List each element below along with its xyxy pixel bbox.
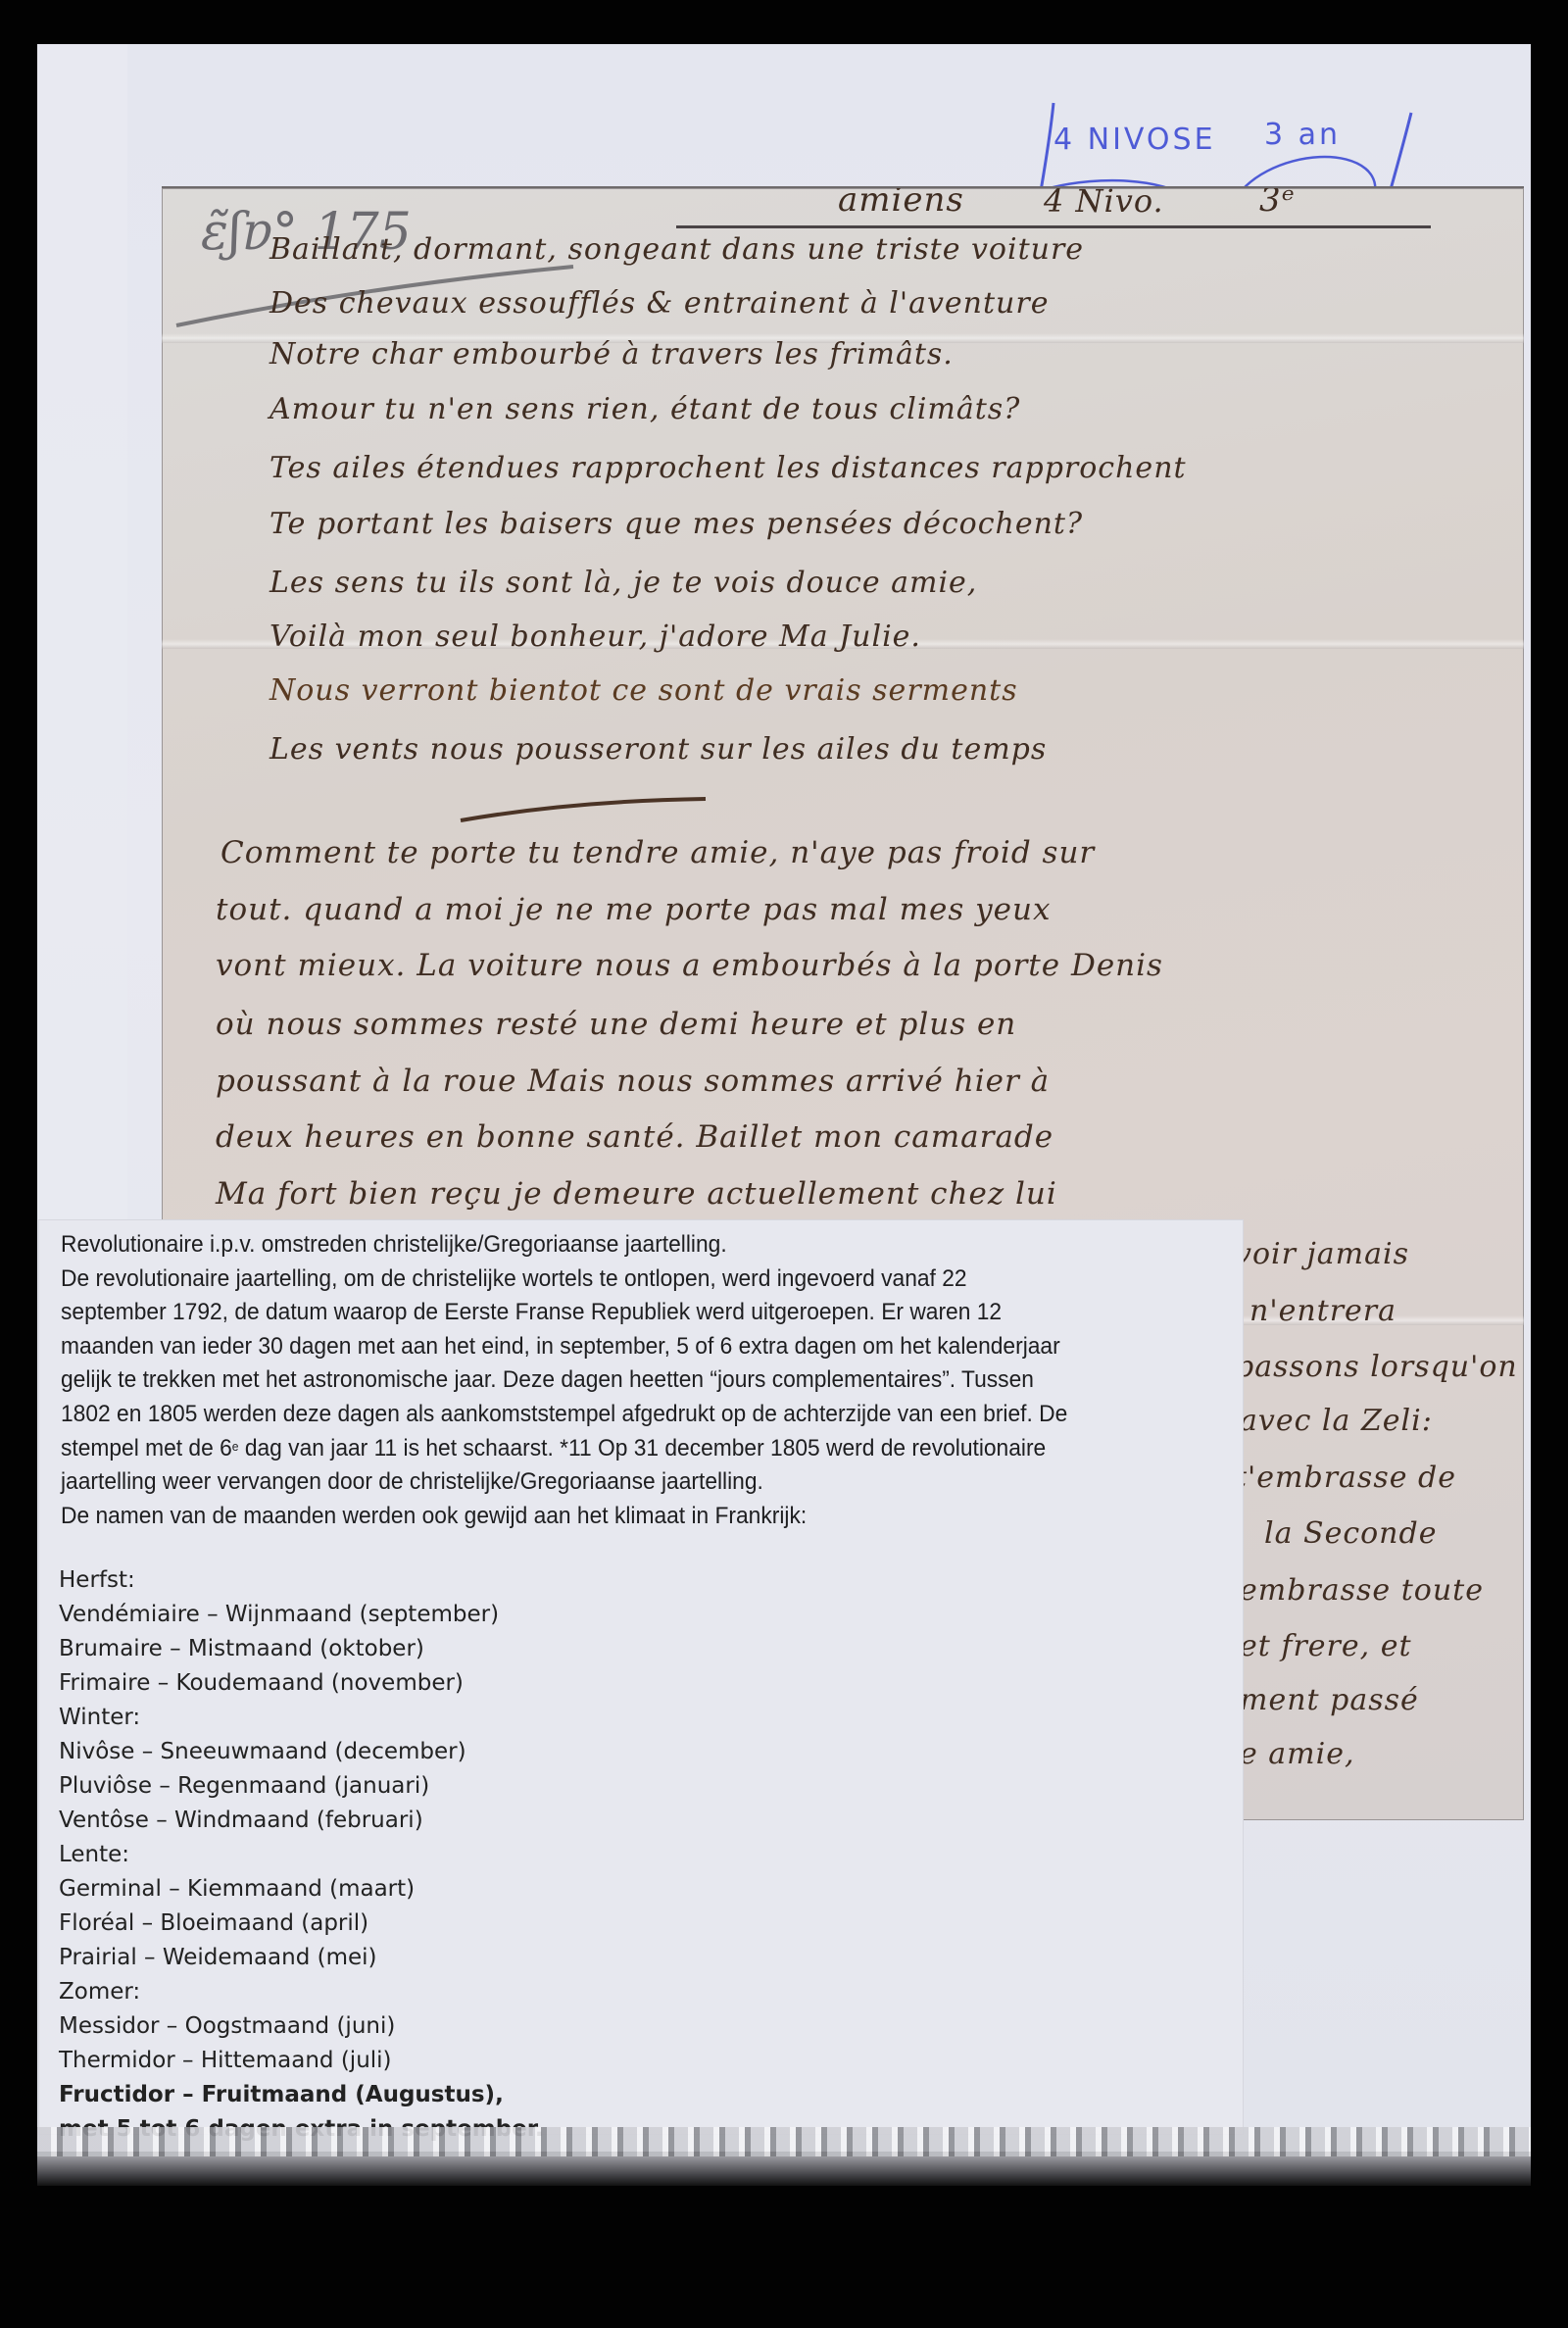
superscript-e: e <box>232 1439 239 1454</box>
poem-line: Baillant, dormant, songeant dans une tri… <box>269 232 1084 267</box>
annotation-date-note: 4 NIVOSE <box>1053 123 1216 157</box>
poem-line: Nous verront bientot ce sont de vrais se… <box>269 673 1018 708</box>
poem-line: Les vents nous pousseront sur les ailes … <box>269 732 1047 767</box>
month-item: Frimaire – Koudemaand (november) <box>59 1666 544 1701</box>
month-item-fructidor: Fructidor – Fruitmaand (Augustus), <box>59 2078 544 2112</box>
header-rule <box>676 225 1431 228</box>
season-heading: Herfst: <box>59 1563 544 1598</box>
month-item: Nivôse – Sneeuwmaand (december) <box>59 1735 544 1769</box>
letter-date: 4 Nivo. <box>1044 186 1164 220</box>
right-fragment: t'embrasse de <box>1235 1461 1456 1495</box>
month-item: Ventôse – Windmaand (februari) <box>59 1804 544 1838</box>
caption-intro: De namen van de maanden werden ook gewij… <box>61 1500 1154 1534</box>
right-fragment: avec la Zeli: <box>1240 1404 1433 1438</box>
prose-line: vont mieux. La voiture nous a embourbés … <box>216 948 1163 983</box>
poem-line: Te portant les baisers que mes pensées d… <box>269 507 1083 541</box>
prose-line: Ma fort bien reçu je demeure actuellemen… <box>216 1176 1057 1212</box>
season-heading: Winter: <box>59 1701 544 1735</box>
caption-line: De revolutionaire jaartelling, om de chr… <box>61 1263 1154 1297</box>
prose-line: deux heures en bonne santé. Baillet mon … <box>216 1119 1053 1155</box>
month-item: Pluviôse – Regenmaand (januari) <box>59 1769 544 1804</box>
right-fragment: embrasse toute <box>1240 1573 1484 1608</box>
underline-flourish-icon <box>456 791 710 830</box>
month-item: Brumaire – Mistmaand (oktober) <box>59 1632 544 1666</box>
poem-line: Notre char embourbé à travers les frimât… <box>269 337 954 371</box>
caption-line: september 1792, de datum waarop de Eerst… <box>61 1296 1154 1330</box>
season-heading: Lente: <box>59 1838 544 1872</box>
poem-line: Des chevaux essoufflés & entrainent à l'… <box>269 286 1049 321</box>
plastic-sleeve-edge <box>37 2156 1531 2186</box>
right-fragment: e amie, <box>1240 1737 1355 1771</box>
poem-line: Voilà mon seul bonheur, j'adore Ma Julie… <box>269 619 921 654</box>
prose-line: où nous sommes resté une demi heure et p… <box>216 1007 1016 1042</box>
caption-line: maanden van ieder 30 dagen met aan het e… <box>61 1330 1154 1364</box>
stamp-line-start: stempel met de 6 <box>61 1435 232 1461</box>
month-item: Floréal – Bloeimaand (april) <box>59 1907 544 1941</box>
month-item: Vendémiaire – Wijnmaand (september) <box>59 1598 544 1632</box>
caption-line: jaartelling weer vervangen door de chris… <box>61 1465 1154 1500</box>
month-list: Herfst: Vendémiaire – Wijnmaand (septemb… <box>59 1563 544 2147</box>
right-fragment: et frere, et <box>1240 1629 1412 1663</box>
poem-line: Amour tu n'en sens rien, étant de tous c… <box>269 392 1020 426</box>
caption-label: Revolutionaire i.p.v. omstreden christel… <box>39 1220 1243 2134</box>
caption-line: 1802 en 1805 werden deze dagen als aanko… <box>61 1398 1154 1432</box>
right-fragment: n'entrera <box>1249 1294 1396 1328</box>
letter-place: amiens <box>838 186 964 220</box>
month-item: Prairial – Weidemaand (mei) <box>59 1941 544 1975</box>
annotation-year-note: 3 an <box>1264 118 1341 152</box>
stamp-line-end: dag van jaar 11 is het schaarst. *11 Op … <box>239 1435 1047 1461</box>
prose-line: Comment te porte tu tendre amie, n'aye p… <box>220 835 1095 870</box>
caption-line: gelijk te trekken met het astronomische … <box>61 1363 1154 1398</box>
poem-line: Tes ailes étendues rapprochent les dista… <box>269 451 1187 485</box>
right-fragment: la Seconde <box>1264 1516 1437 1551</box>
right-fragment: voir jamais <box>1235 1237 1409 1271</box>
letter-year-mark: 3ᵉ <box>1259 186 1296 220</box>
caption-title: Revolutionaire i.p.v. omstreden christel… <box>61 1228 1154 1263</box>
month-item: Thermidor – Hittemaand (juli) <box>59 2044 544 2078</box>
prose-line: poussant à la roue Mais nous sommes arri… <box>216 1064 1050 1099</box>
right-fragment: ment passé <box>1240 1683 1419 1717</box>
month-item: Messidor – Oogstmaand (juni) <box>59 2009 544 2044</box>
poem-line: Les sens tu ils sont là, je te vois douc… <box>269 566 977 600</box>
caption-paragraph: Revolutionaire i.p.v. omstreden christel… <box>61 1228 1154 1533</box>
season-heading: Zomer: <box>59 1975 544 2009</box>
month-item: Germinal – Kiemmaand (maart) <box>59 1872 544 1907</box>
right-fragment: passons lorsqu'on <box>1235 1350 1518 1384</box>
prose-line: tout. quand a moi je ne me porte pas mal… <box>216 892 1051 927</box>
caption-stamp-line: stempel met de 6e dag van jaar 11 is het… <box>61 1432 1154 1466</box>
